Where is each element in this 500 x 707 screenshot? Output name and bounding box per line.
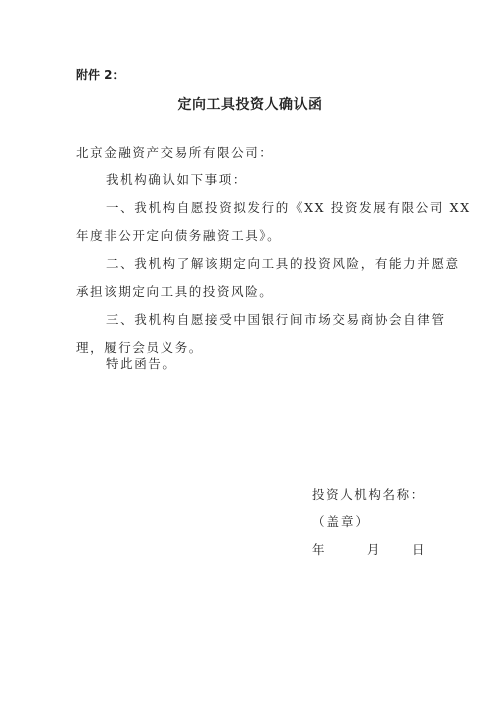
intro-line: 我机构确认如下事项：	[106, 172, 247, 188]
paragraph-1-line-1: 一、我机构自愿投资拟发行的《XX 投资发展有限公司 XX	[106, 200, 471, 216]
addressee: 北京金融资产交易所有限公司：	[76, 145, 273, 161]
date-year-label: 年	[312, 540, 325, 558]
institution-name-label: 投资人机构名称：	[312, 485, 425, 503]
paragraph-3-line-1: 三、我机构自愿接受中国银行间市场交易商协会自律管	[106, 312, 446, 328]
date-day-label: 日	[412, 540, 425, 558]
date-month-label: 月	[367, 540, 380, 558]
document-title: 定向工具投资人确认函	[0, 94, 500, 114]
attachment-label: 附件 2：	[76, 66, 125, 83]
paragraph-2-line-2: 承担该期定向工具的投资风险。	[76, 284, 273, 300]
paragraph-2-line-1: 二、我机构了解该期定向工具的投资风险，有能力并愿意	[106, 256, 460, 272]
seal-label: （盖章）	[312, 512, 370, 530]
paragraph-3-line-2: 理，履行会员义务。	[76, 340, 203, 356]
paragraph-1-line-2: 年度非公开定向债务融资工具》。	[76, 228, 281, 244]
date-line: 年 月 日	[312, 540, 432, 556]
document-page: 附件 2： 定向工具投资人确认函 北京金融资产交易所有限公司： 我机构确认如下事…	[0, 0, 500, 707]
closing-line: 特此函告。	[106, 356, 177, 372]
